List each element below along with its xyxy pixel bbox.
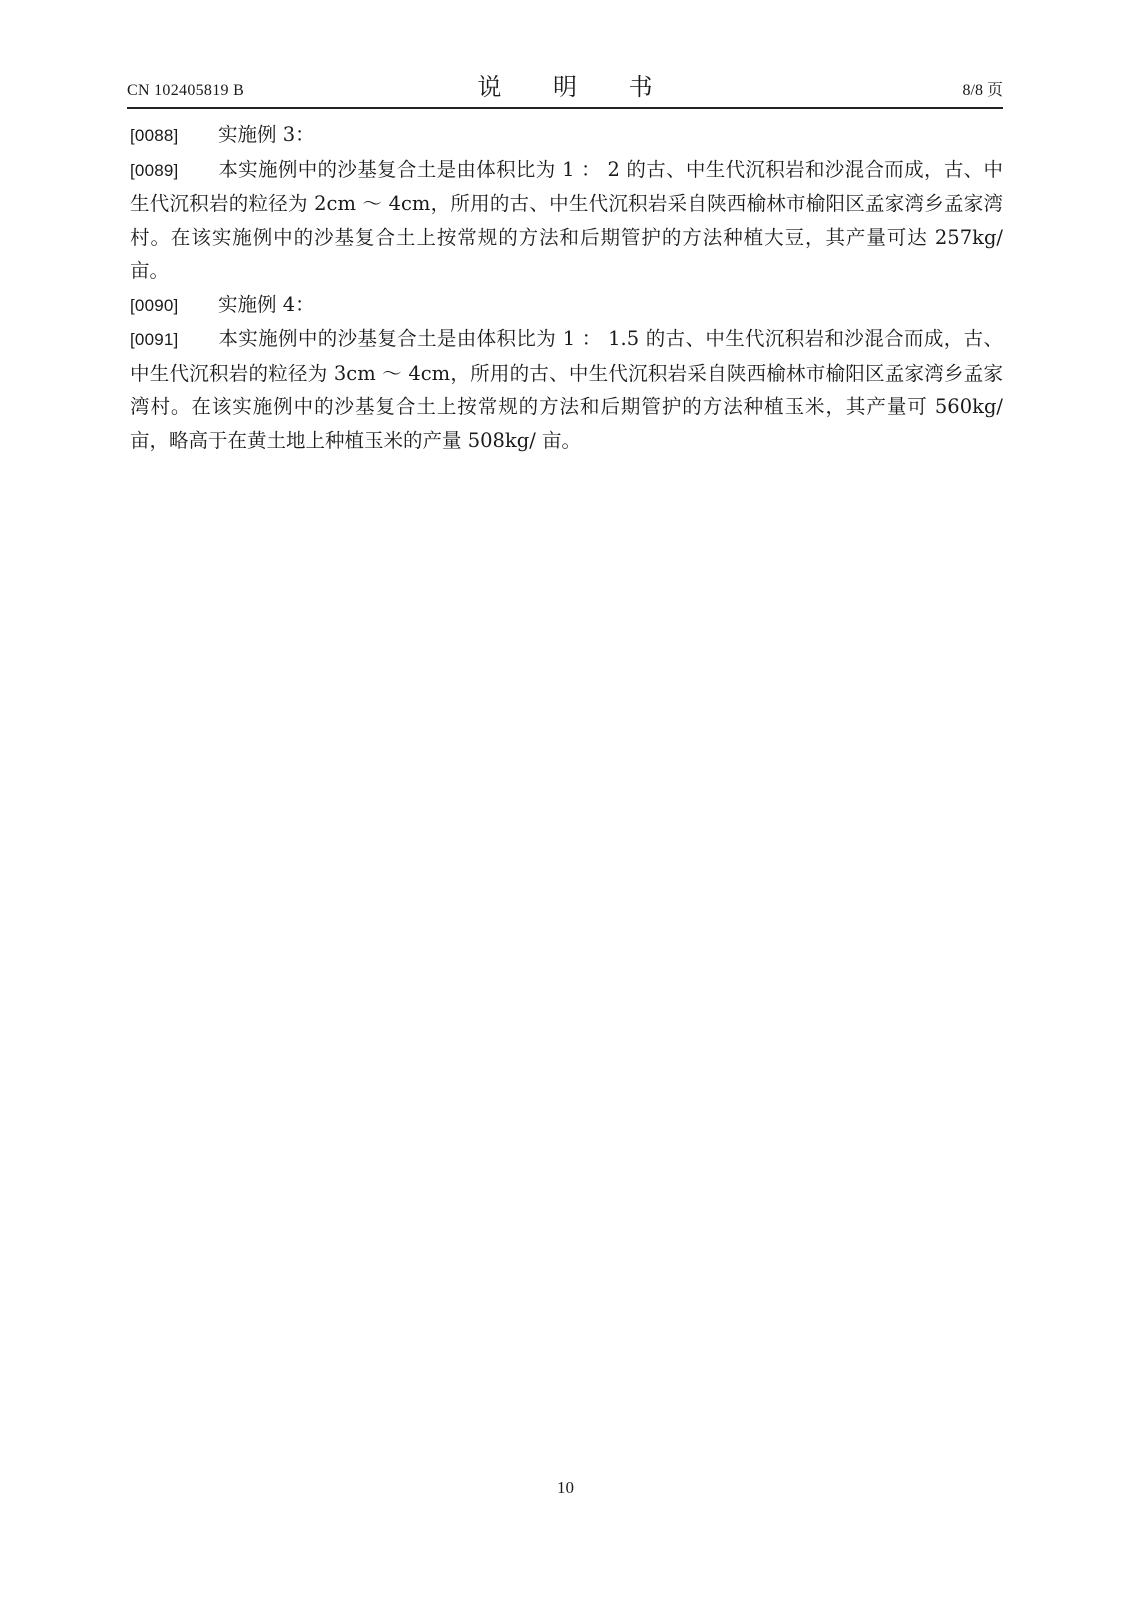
paragraph-text: 实施例 4：: [218, 293, 315, 316]
paragraph-number: [0090]: [130, 289, 218, 323]
page-info: 8/8 页: [963, 77, 1003, 100]
document-body: [0088]实施例 3： [0089]本实施例中的沙基复合土是由体积比为 1 ：…: [130, 118, 1003, 457]
paragraph-0089: [0089]本实施例中的沙基复合土是由体积比为 1 ： 2 的古、中生代沉积岩和…: [130, 153, 1003, 288]
paragraph-text: 本实施例中的沙基复合土是由体积比为 1 ： 1.5 的古、中生代沉积岩和沙混合而…: [130, 327, 1003, 452]
page-header: CN 102405819 B 说 明 书 8/8 页: [127, 72, 1003, 106]
paragraph-text: 实施例 3：: [218, 123, 315, 146]
paragraph-number: [0089]: [130, 154, 218, 188]
page-number: 10: [0, 1478, 1131, 1498]
paragraph-0091: [0091]本实施例中的沙基复合土是由体积比为 1 ： 1.5 的古、中生代沉积…: [130, 322, 1003, 457]
paragraph-number: [0091]: [130, 323, 218, 357]
paragraph-0090: [0090]实施例 4：: [130, 288, 1003, 323]
document-title: 说 明 书: [127, 67, 1003, 102]
paragraph-text: 本实施例中的沙基复合土是由体积比为 1 ： 2 的古、中生代沉积岩和沙混合而成，…: [130, 158, 1003, 283]
paragraph-number: [0088]: [130, 119, 218, 153]
paragraph-0088: [0088]实施例 3：: [130, 118, 1003, 153]
header-divider: [127, 107, 1003, 109]
